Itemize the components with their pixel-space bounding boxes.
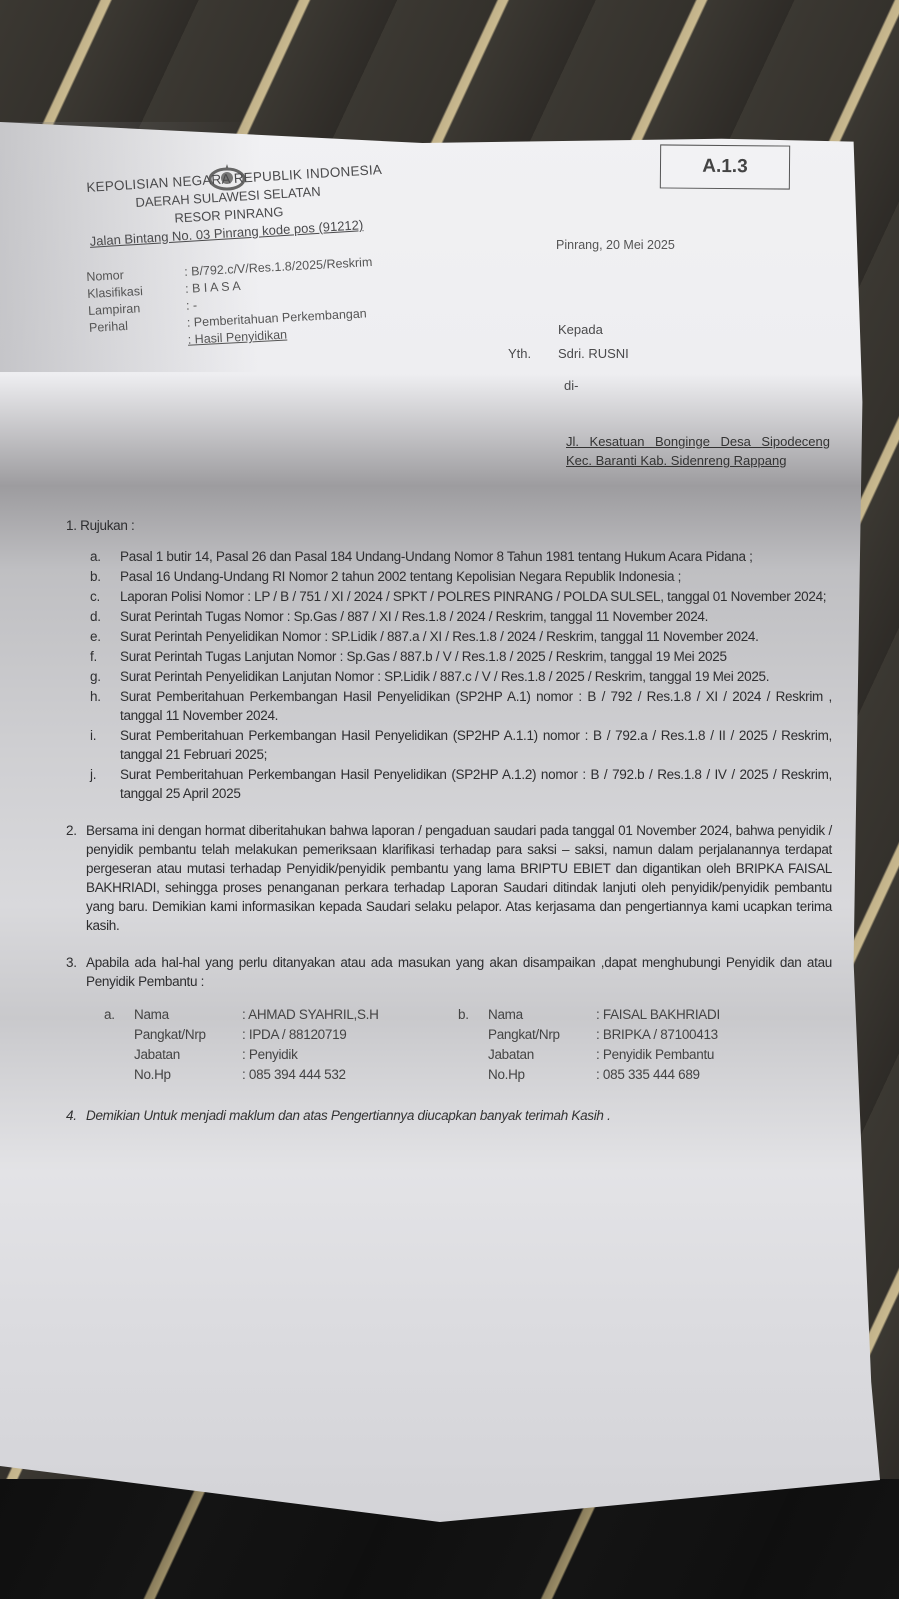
contact-phone: : 085 335 444 689 — [596, 1065, 720, 1084]
reference-item: d.Surat Perintah Tugas Nomor : Sp.Gas / … — [66, 607, 832, 626]
letter-body: 1. Rujukan : a.Pasal 1 butir 14, Pasal 2… — [66, 516, 832, 1125]
reference-item: b.Pasal 16 Undang-Undang RI Nomor 2 tahu… — [66, 567, 832, 586]
recipient-yth: Yth. — [508, 346, 558, 361]
section-2: 2. Bersama ini dengan hormat diberitahuk… — [66, 821, 832, 935]
recipient-yth-row: Yth. Sdri. RUSNI — [508, 346, 629, 361]
contact-name: : FAISAL BAKHRIADI — [596, 1005, 720, 1024]
form-code-box: A.1.3 — [660, 144, 790, 189]
form-code: A.1.3 — [702, 156, 748, 178]
contact-phone: : 085 394 444 532 — [242, 1065, 379, 1084]
reference-item: e.Surat Perintah Penyelidikan Nomor : SP… — [66, 627, 832, 646]
contact-rank: : IPDA / 88120719 — [242, 1025, 379, 1044]
reference-item: h.Surat Pemberitahuan Perkembangan Hasil… — [66, 687, 832, 725]
contact-name: : AHMAD SYAHRIL,S.H — [242, 1005, 379, 1024]
section-3: 3. Apabila ada hal-hal yang perlu ditany… — [66, 953, 832, 991]
reference-item: g.Surat Perintah Penyelidikan Lanjutan N… — [66, 667, 832, 686]
recipient-address: Jl. Kesatuan Bonginge Desa Sipodeceng Ke… — [566, 432, 830, 470]
reference-item: a.Pasal 1 butir 14, Pasal 26 dan Pasal 1… — [66, 547, 832, 566]
place-date: Pinrang, 20 Mei 2025 — [556, 238, 675, 252]
contact-position: : Penyidik — [242, 1045, 379, 1064]
recipient-block: Kepada Yth. Sdri. RUSNI di- — [508, 322, 629, 393]
reference-item: i.Surat Pemberitahuan Perkembangan Hasil… — [66, 726, 832, 764]
recipient-name: Sdri. RUSNI — [558, 346, 629, 361]
reference-item: j.Surat Pemberitahuan Perkembangan Hasil… — [66, 765, 832, 803]
contact-investigator-b: b. Nama : FAISAL BAKHRIADI Pangkat/Nrp :… — [458, 1005, 720, 1084]
investigator-contacts: a. Nama : AHMAD SYAHRIL,S.H Pangkat/Nrp … — [66, 1005, 832, 1084]
letter-meta: Nomor : B/792.c/V/Res.1.8/2025/Reskrim K… — [86, 255, 376, 355]
contact-investigator-a: a. Nama : AHMAD SYAHRIL,S.H Pangkat/Nrp … — [104, 1005, 458, 1084]
contact-rank: : BRIPKA / 87100413 — [596, 1025, 720, 1044]
reference-item: f.Surat Perintah Tugas Lanjutan Nomor : … — [66, 647, 832, 666]
section-4: 4. Demikian Untuk menjadi maklum dan ata… — [66, 1106, 832, 1125]
reference-item: c.Laporan Polisi Nomor : LP / B / 751 / … — [66, 587, 832, 606]
reference-list: a.Pasal 1 butir 14, Pasal 26 dan Pasal 1… — [66, 547, 832, 803]
section-1-title: 1. Rujukan : — [66, 516, 832, 535]
contact-position: : Penyidik Pembantu — [596, 1045, 720, 1064]
recipient-di: di- — [564, 378, 629, 393]
recipient-kepada: Kepada — [558, 322, 629, 337]
